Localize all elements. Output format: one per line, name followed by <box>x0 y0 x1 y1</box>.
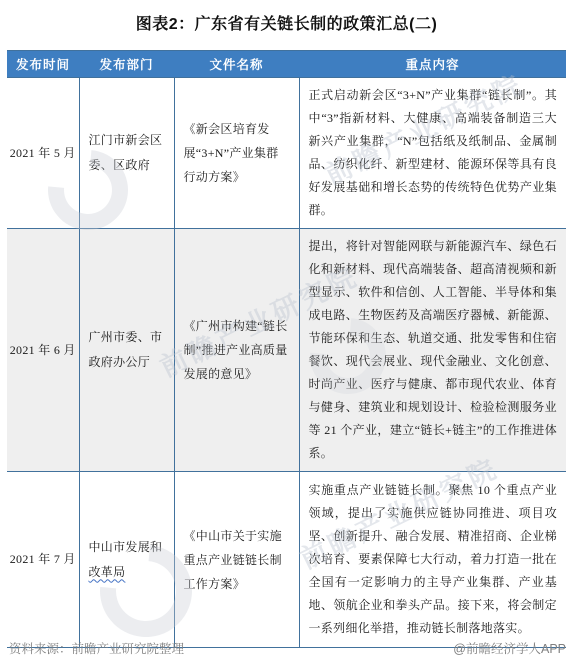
cell-publish-date: 2021 年 6 月 <box>7 229 79 472</box>
cell-publish-date: 2021 年 7 月 <box>7 472 79 648</box>
cell-publish-dept: 广州市委、市政府办公厅 <box>79 229 174 472</box>
cell-key-content: 正式启动新会区“3+N”产业集群“链长制”。其中“3”指新材料、大健康、高端装备… <box>299 78 566 229</box>
cell-key-content: 提出，将针对智能网联与新能源汽车、绿色石化和新材料、现代高端装备、超高清视频和新… <box>299 229 566 472</box>
dept-text-spellcheck: 改革局 <box>89 565 126 579</box>
col-header-publish-date: 发布时间 <box>7 51 79 78</box>
policy-table: 发布时间 发布部门 文件名称 重点内容 2021 年 5 月 江门市新会区委、区… <box>7 50 566 648</box>
cell-doc-name: 《新会区培育发展“3+N”产业集群行动方案》 <box>174 78 299 229</box>
cell-doc-name: 《中山市关于实施重点产业链链长制工作方案》 <box>174 472 299 648</box>
source-note: 资料来源：前瞻产业研究院整理 <box>9 639 184 657</box>
cell-key-content: 实施重点产业链链长制。聚焦 10 个重点产业领域，提出了实施供应链协同推进、项目… <box>299 472 566 648</box>
table-row: 2021 年 5 月 江门市新会区委、区政府 《新会区培育发展“3+N”产业集群… <box>7 78 566 229</box>
dept-text: 中山市发展和 <box>89 540 163 554</box>
figure-footer: 资料来源：前瞻产业研究院整理 @前瞻经济学人APP <box>9 639 566 657</box>
cell-publish-dept: 江门市新会区委、区政府 <box>79 78 174 229</box>
table-row: 2021 年 6 月 广州市委、市政府办公厅 《广州市构建“链长制”推进产业高质… <box>7 229 566 472</box>
cell-publish-date: 2021 年 5 月 <box>7 78 79 229</box>
policy-figure-page: 图表2：广东省有关链长制的政策汇总(二) 前瞻产业研究院 前瞻产业研究院 前瞻产… <box>0 0 573 668</box>
dept-text: 江门市新会区委、区政府 <box>89 133 163 172</box>
dept-text: 广州市委、市政府办公厅 <box>89 330 163 369</box>
credit-note: @前瞻经济学人APP <box>453 639 566 657</box>
page-title: 图表2：广东省有关链长制的政策汇总(二) <box>0 11 573 34</box>
cell-publish-dept: 中山市发展和改革局 <box>79 472 174 648</box>
col-header-key-content: 重点内容 <box>299 51 566 78</box>
cell-doc-name: 《广州市构建“链长制”推进产业高质量发展的意见》 <box>174 229 299 472</box>
table-row: 2021 年 7 月 中山市发展和改革局 《中山市关于实施重点产业链链长制工作方… <box>7 472 566 648</box>
col-header-doc-name: 文件名称 <box>174 51 299 78</box>
table-header-row: 发布时间 发布部门 文件名称 重点内容 <box>7 51 566 78</box>
col-header-publish-dept: 发布部门 <box>79 51 174 78</box>
